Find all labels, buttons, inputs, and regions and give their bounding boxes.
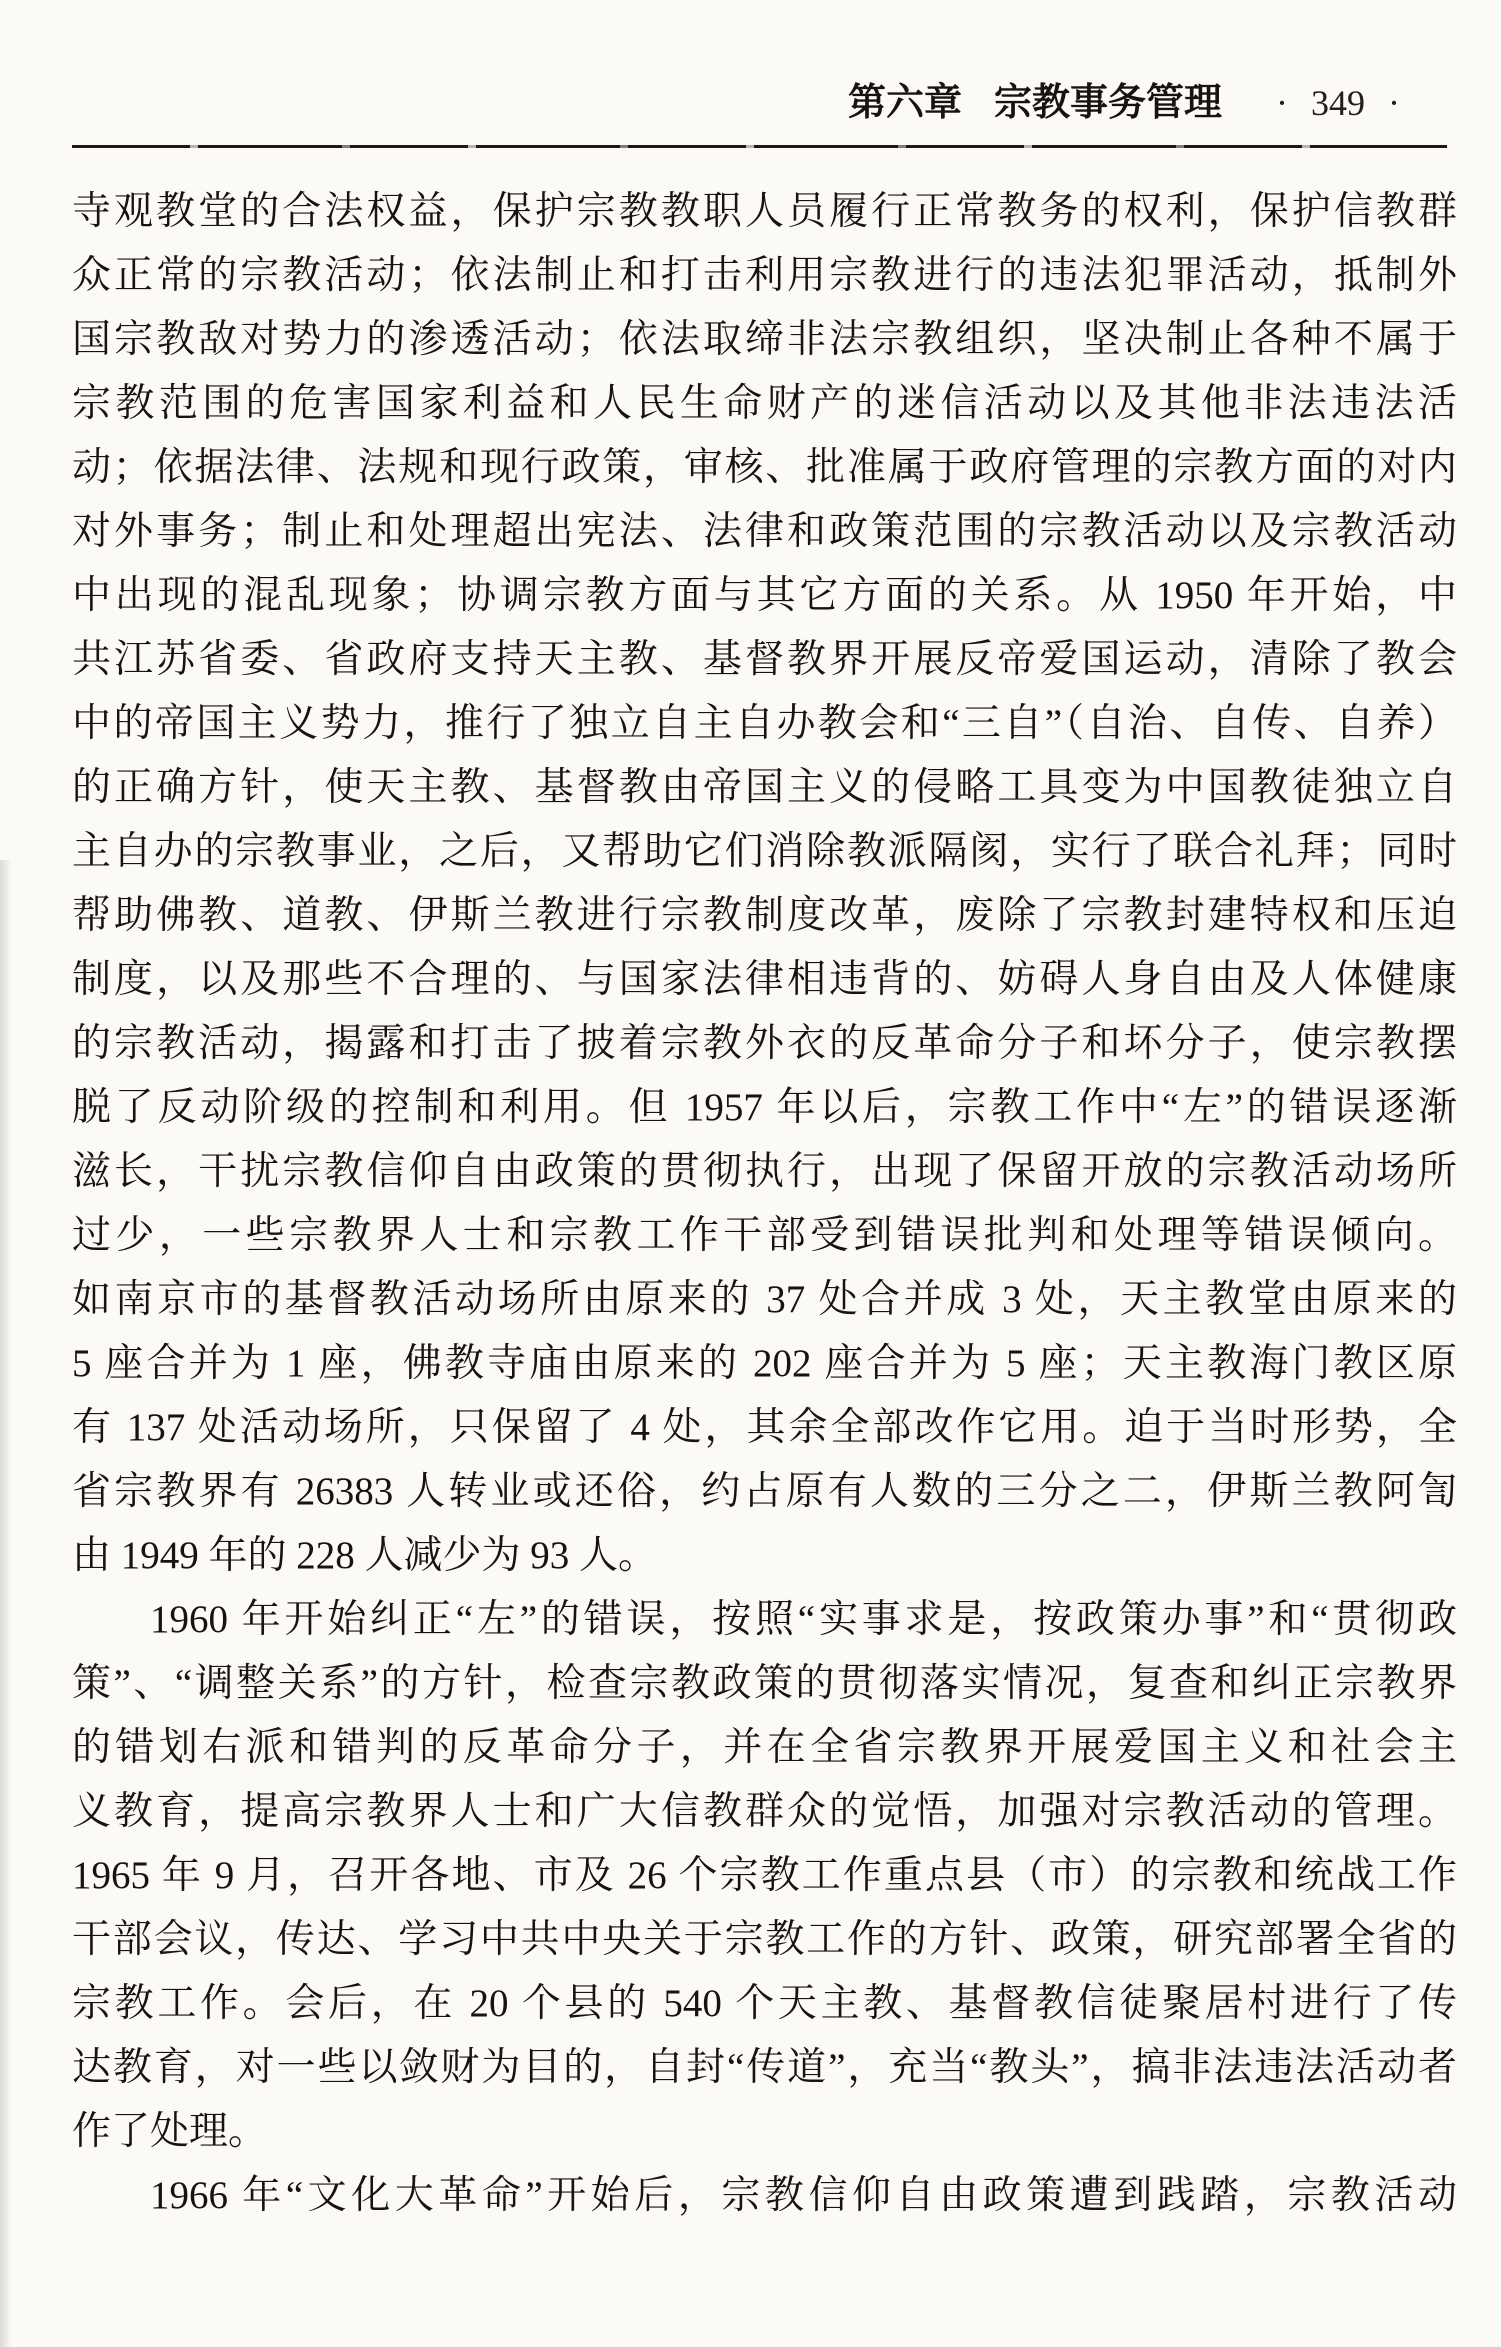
page-number: · 349 · (1276, 82, 1400, 124)
text-line: 国宗教敌对势力的渗透活动；依法取缔非法宗教组织，坚决制止各种不属于 (72, 308, 1457, 372)
text-line: 中的帝国主义势力，推行了独立自主自办教会和“三自”（自治、自传、自养） (72, 692, 1457, 756)
text-line: 作了处理。 (72, 2100, 1457, 2164)
text-line: 宗教范围的危害国家利益和人民生命财产的迷信活动以及其他非法违法活 (72, 372, 1457, 436)
text-line: 共江苏省委、省政府支持天主教、基督教界开展反帝爱国运动，清除了教会 (72, 628, 1457, 692)
header-divider-rule (72, 145, 1447, 148)
text-line: 义教育，提高宗教界人士和广大信教群众的觉悟，加强对宗教活动的管理。 (72, 1780, 1457, 1844)
scanned-book-page: 第六章 宗教事务管理 · 349 · 寺观教堂的合法权益，保护宗教教职人员履行正… (0, 0, 1501, 2347)
text-line: 动；依据法律、法规和现行政策，审核、批准属于政府管理的宗教方面的对内 (72, 436, 1457, 500)
text-line: 脱了反动阶级的控制和利用。但 1957 年以后，宗教工作中“左”的错误逐渐 (72, 1076, 1457, 1140)
text-line: 过少，一些宗教界人士和宗教工作干部受到错误批判和处理等错误倾向。 (72, 1204, 1457, 1268)
text-line: 制度，以及那些不合理的、与国家法律相违背的、妨碍人身自由及人体健康 (72, 948, 1457, 1012)
text-line: 5 座合并为 1 座，佛教寺庙由原来的 202 座合并为 5 座；天主教海门教区… (72, 1332, 1457, 1396)
text-line: 滋长，干扰宗教信仰自由政策的贯彻执行，出现了保留开放的宗教活动场所 (72, 1140, 1457, 1204)
text-line: 达教育，对一些以敛财为目的，自封“传道”，充当“教头”，搞非法违法活动者 (72, 2036, 1457, 2100)
chapter-title: 宗教事务管理 (994, 82, 1222, 124)
text-line: 1966 年“文化大革命”开始后，宗教信仰自由政策遭到践踏，宗教活动 (72, 2164, 1457, 2228)
running-head: 第六章 宗教事务管理 · 349 · (848, 82, 1400, 124)
text-line: 有 137 处活动场所，只保留了 4 处，其余全部改作它用。迫于当时形势，全 (72, 1396, 1457, 1460)
text-line: 如南京市的基督教活动场所由原来的 37 处合并成 3 处，天主教堂由原来的 (72, 1268, 1457, 1332)
text-line: 众正常的宗教活动；依法制止和打击利用宗教进行的违法犯罪活动，抵制外 (72, 244, 1457, 308)
text-line: 寺观教堂的合法权益，保护宗教教职人员履行正常教务的权利，保护信教群 (72, 180, 1457, 244)
text-line: 策”、“调整关系”的方针，检查宗教政策的贯彻落实情况，复查和纠正宗教界 (72, 1652, 1457, 1716)
page-body: 寺观教堂的合法权益，保护宗教教职人员履行正常教务的权利，保护信教群众正常的宗教活… (72, 180, 1457, 2228)
text-line: 的正确方针，使天主教、基督教由帝国主义的侵略工具变为中国教徒独立自 (72, 756, 1457, 820)
text-line: 的错划右派和错判的反革命分子，并在全省宗教界开展爱国主义和社会主 (72, 1716, 1457, 1780)
text-line: 的宗教活动，揭露和打击了披着宗教外衣的反革命分子和坏分子，使宗教摆 (72, 1012, 1457, 1076)
text-line: 由 1949 年的 228 人减少为 93 人。 (72, 1524, 1457, 1588)
text-line: 中出现的混乱现象；协调宗教方面与其它方面的关系。从 1950 年开始，中 (72, 564, 1457, 628)
text-line: 宗教工作。会后，在 20 个县的 540 个天主教、基督教信徒聚居村进行了传 (72, 1972, 1457, 2036)
text-line: 1960 年开始纠正“左”的错误，按照“实事求是，按政策办事”和“贯彻政 (72, 1588, 1457, 1652)
text-line: 1965 年 9 月，召开各地、市及 26 个宗教工作重点县（市）的宗教和统战工… (72, 1844, 1457, 1908)
text-line: 对外事务；制止和处理超出宪法、法律和政策范围的宗教活动以及宗教活动 (72, 500, 1457, 564)
text-line: 帮助佛教、道教、伊斯兰教进行宗教制度改革，废除了宗教封建特权和压迫 (72, 884, 1457, 948)
text-line: 主自办的宗教事业，之后，又帮助它们消除教派隔阂，实行了联合礼拜；同时 (72, 820, 1457, 884)
text-line: 省宗教界有 26383 人转业或还俗，约占原有人数的三分之二，伊斯兰教阿訇 (72, 1460, 1457, 1524)
text-line: 干部会议，传达、学习中共中央关于宗教工作的方针、政策，研究部署全省的 (72, 1908, 1457, 1972)
chapter-label: 第六章 (848, 82, 962, 124)
